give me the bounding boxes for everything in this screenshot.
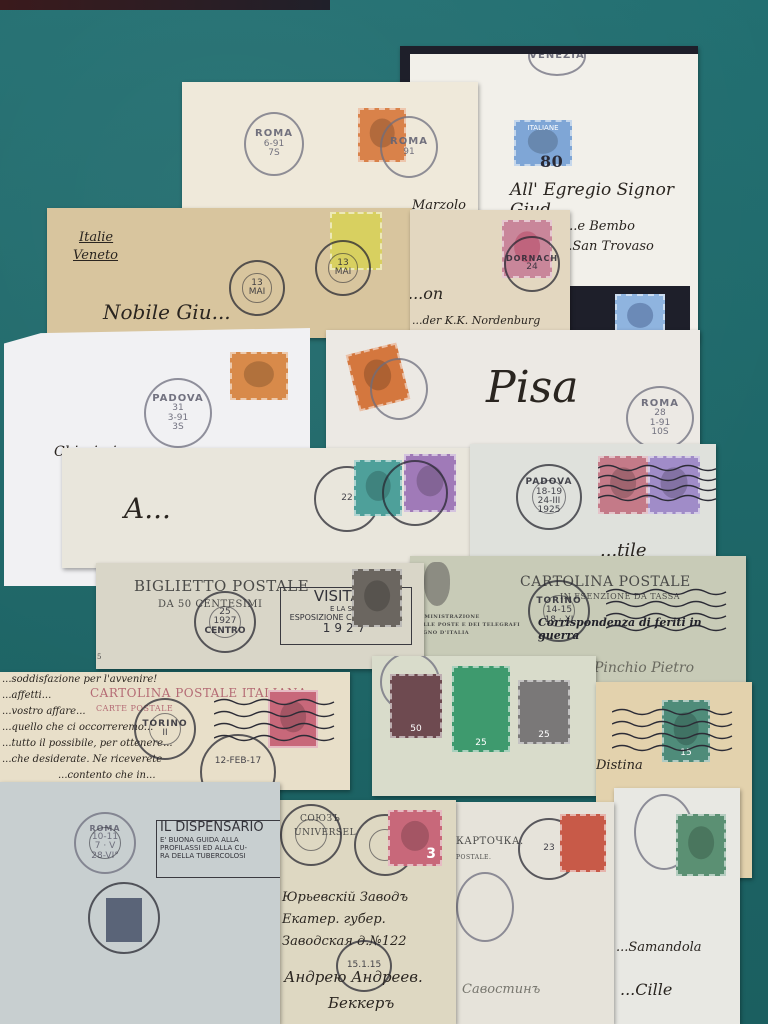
numeral-cancel: 80 — [540, 152, 563, 171]
cover-austria: DORNACH24 ...on ...der K.K. Nordenburg — [410, 210, 570, 335]
handwriting-line: Савостинъ — [462, 982, 540, 997]
handwriting-a: A... — [124, 492, 171, 525]
message-line-1: ...soddisfazione per l'avvenire! — [2, 674, 157, 685]
postmark-roma-left — [370, 358, 428, 420]
stamp-orange — [230, 352, 288, 400]
card-subtitle: POSTALE. — [456, 854, 491, 861]
postmark-padova: PADOVA313-913S — [144, 378, 212, 448]
postmark-roma-2: ROMA91 — [380, 116, 438, 178]
card-russian-1: СОЮЗЪ UNIVERSEL 3 Юрьевскiй Заводъ Екате… — [280, 800, 456, 1024]
cover-vatican: 50 25 25 — [372, 656, 596, 796]
card-title: КАРТОЧКА. — [456, 836, 524, 847]
handwriting: Distina — [596, 758, 643, 773]
address-line-4: Андрею Андреев. — [284, 968, 423, 986]
handwriting-line-1: ...Samandola — [616, 940, 702, 955]
stamp-red — [560, 814, 606, 872]
handwriting-italie: Italie — [79, 230, 113, 245]
handwriting-line-2: ...der K.K. Nordenburg — [412, 314, 540, 327]
postmark-roma-distribuzione: ROMA10-117 · V28-VI° — [74, 812, 136, 874]
handwriting-line-1: ...on — [410, 284, 443, 303]
stamp-3-kopek: 3 — [388, 810, 442, 866]
corner-number: 25 — [96, 653, 102, 661]
message-line-4: ...quello che ci occorreremo... — [2, 722, 153, 733]
address-line-5: Беккеръ — [328, 994, 394, 1012]
slogan-dispensario: IL DISPENSARIO E' BUONA GUIDA ALLA PROFI… — [156, 820, 280, 878]
slogan-feriti: Corrispondenza di feriti in guerra — [538, 616, 746, 642]
address-pisa: Pisa — [486, 362, 579, 413]
postmark-torino: TORINOII — [134, 698, 196, 760]
stamp-vatican-green: 25 — [452, 666, 510, 752]
stamp-vatican-grey: 25 — [518, 680, 570, 744]
slogan-line-3: PROFILASSI ED ALLA CU- — [160, 844, 280, 852]
card-russian-2: КАРТОЧКА. POSTALE. 23 Савостинъ — [452, 802, 614, 1024]
slogan-line-4: RA DELLA TUBERCOLOSI — [160, 852, 280, 860]
postmark-nice-1: 13MAI — [229, 260, 285, 316]
cover-padova-1925: PADOVA18-1924-III1925 ...tile — [470, 444, 716, 562]
address-line-3: ...San Trovaso — [560, 239, 654, 254]
postmark-roma-right: ROMA281-9110S — [626, 386, 694, 450]
postmark-dornach: DORNACH24 — [504, 236, 560, 292]
address-handwriting: Nobile Giu... — [103, 300, 231, 324]
postmark-padova-centro: PADOVA18-1924-III1925 — [516, 464, 582, 530]
card-right-bottom: ...Samandola ...Cille — [614, 788, 740, 1024]
cover-two-stamps: 22 A... — [62, 448, 476, 568]
handwriting-veneto: Veneto — [73, 248, 118, 263]
stamp-blue-grey — [106, 898, 142, 942]
address-line-1: Юрьевскiй Заводъ — [282, 890, 408, 905]
address-line-2: ...e Bembo — [565, 219, 635, 234]
address-line-2: Екатер. губер. — [282, 912, 386, 927]
postmark-venezia: VENEZIA — [528, 46, 586, 76]
cover-france: Italie Veneto 13MAI 13MAI Nobile Giu... — [47, 208, 412, 338]
postmark-roma-1: ROMA6-917S — [244, 112, 304, 176]
background-edge — [0, 0, 330, 10]
postmark-nice-2: 13MAI — [315, 240, 371, 296]
cover-dispensario: ROMA10-117 · V28-VI° IL DISPENSARIO E' B… — [0, 782, 280, 1024]
stamp-green — [676, 814, 726, 876]
stamp-vatican-brown: 50 — [390, 674, 442, 738]
wavy-cancel — [598, 462, 716, 512]
handwriting: Pinchio Pietro — [594, 660, 694, 676]
cover-pisa: Pisa ROMA281-9110S — [326, 330, 700, 450]
message-line-2: ...affetti... — [2, 690, 51, 701]
message-line-6: ...che desiderate. Ne riceverete — [2, 754, 162, 765]
postmark-padova-centro: 251927CENTRO — [194, 591, 256, 653]
slogan-line-2: E' BUONA GUIDA ALLA — [160, 836, 280, 844]
wavy-cancel — [612, 706, 742, 762]
slogan-line-1: IL DISPENSARIO — [160, 821, 280, 836]
postmark-ensk — [456, 872, 514, 942]
stamp-grey — [352, 569, 402, 627]
handwriting-line-2: ...Cille — [620, 980, 672, 999]
message-line-3: ...vostro affare... — [2, 706, 86, 717]
message-line-7: ...contento che in... — [58, 770, 156, 781]
postmark-adriatica-2 — [382, 460, 448, 526]
admin-line-2: DELLE POSTE E DEI TELEGRAFI — [414, 622, 520, 628]
royal-crest-icon — [424, 562, 450, 606]
card-biglietto-postale: BIGLIETTO POSTALE DA 50 CENTESIMI 251927… — [96, 563, 424, 669]
cover-roma-1891: ROMA6-917S ROMA91 Marzolo — [182, 82, 478, 222]
card-cartolina-italiana: CARTOLINA POSTALE ITALIANA CARTE POSTALE… — [0, 672, 350, 790]
postmark-ekaterinoslav-1 — [280, 804, 342, 866]
